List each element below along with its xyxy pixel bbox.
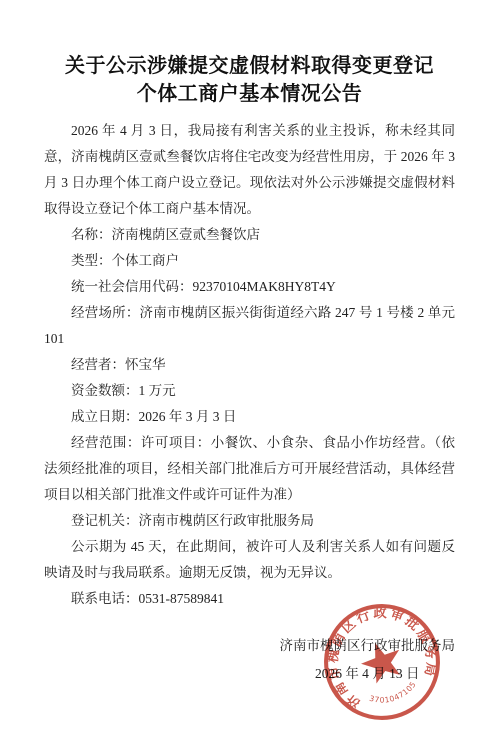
- field-value: 2026 年 3 月 3 日: [139, 409, 237, 424]
- field-label: 登记机关：: [71, 513, 139, 528]
- field-label: 经营范围：: [71, 435, 141, 450]
- field-value: 济南槐荫区壹贰叁餐饮店: [112, 227, 261, 242]
- field-row-operator: 经营者：怀宝华: [44, 352, 455, 378]
- page-title-line2: 个体工商户基本情况公告: [44, 80, 455, 108]
- field-row-business-scope: 经营范围：许可项目：小餐饮、小食杂、食品小作坊经营。（依法须经批准的项目，经相关…: [44, 430, 455, 508]
- field-label: 名称：: [71, 227, 112, 242]
- field-row-registration-authority: 登记机关：济南市槐荫区行政审批服务局: [44, 508, 455, 534]
- contact-label: 联系电话：: [71, 591, 139, 606]
- signature-block: 济南市槐荫区行政审批服务局 2026 年 4 月 13 日: [280, 632, 456, 688]
- field-row-name: 名称：济南槐荫区壹贰叁餐饮店: [44, 222, 455, 248]
- field-label: 资金数额：: [71, 383, 139, 398]
- field-label: 经营者：: [71, 357, 125, 372]
- announcement-document: 关于公示涉嫌提交虚假材料取得变更登记 个体工商户基本情况公告 2026 年 4 …: [0, 0, 499, 748]
- field-value: 个体工商户: [112, 253, 180, 268]
- field-value: 92370104MAK8HY8T4Y: [193, 279, 336, 294]
- field-row-business-premises: 经营场所：济南市槐荫区振兴街街道经六路 247 号 1 号楼 2 单元 101: [44, 300, 455, 352]
- field-label: 成立日期：: [71, 409, 139, 424]
- field-row-capital: 资金数额：1 万元: [44, 378, 455, 404]
- field-value: 怀宝华: [125, 357, 166, 372]
- field-label: 经营场所：: [71, 305, 140, 320]
- signature-date: 2026 年 4 月 13 日: [280, 660, 456, 688]
- signature-org: 济南市槐荫区行政审批服务局: [280, 632, 456, 660]
- field-row-establish-date: 成立日期：2026 年 3 月 3 日: [44, 404, 455, 430]
- field-label: 统一社会信用代码：: [71, 279, 193, 294]
- field-row-credit-code: 统一社会信用代码：92370104MAK8HY8T4Y: [44, 274, 455, 300]
- field-value: 1 万元: [139, 383, 176, 398]
- field-value: 济南市槐荫区行政审批服务局: [139, 513, 315, 528]
- notice-period-paragraph: 公示期为 45 天，在此期间，被许可人及利害关系人如有问题反映请及时与我局联系。…: [44, 534, 455, 586]
- field-label: 类型：: [71, 253, 112, 268]
- field-row-type: 类型：个体工商户: [44, 248, 455, 274]
- contact-phone-number: 0531-87589841: [139, 591, 225, 606]
- page-title: 关于公示涉嫌提交虚假材料取得变更登记 个体工商户基本情况公告: [44, 52, 455, 108]
- document-content: 关于公示涉嫌提交虚假材料取得变更登记 个体工商户基本情况公告 2026 年 4 …: [0, 0, 499, 612]
- page-title-line1: 关于公示涉嫌提交虚假材料取得变更登记: [44, 52, 455, 80]
- contact-line: 联系电话：0531-87589841: [44, 586, 455, 612]
- document-body: 2026 年 4 月 3 日，我局接有利害关系的业主投诉，称未经其同意，济南槐荫…: [44, 118, 455, 612]
- intro-paragraph: 2026 年 4 月 3 日，我局接有利害关系的业主投诉，称未经其同意，济南槐荫…: [44, 118, 455, 222]
